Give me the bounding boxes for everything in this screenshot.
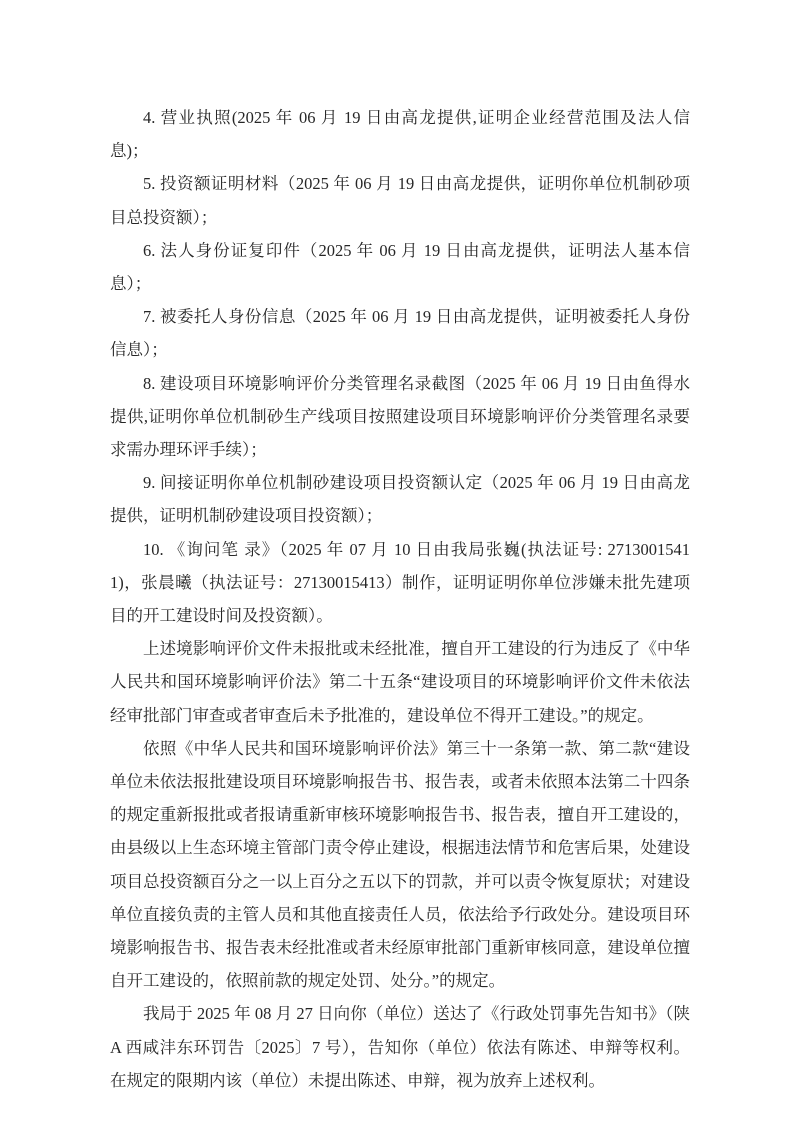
paragraph-evidence-item-5: 5. 投资额证明材料（2025 年 06 月 19 日由高龙提供，证明你单位机制… (110, 167, 690, 233)
paragraph-evidence-item-8: 8. 建设项目环境影响评价分类管理名录截图（2025 年 06 月 19 日由鱼… (110, 367, 690, 467)
paragraph-evidence-item-10: 10. 《询问笔 录》（2025 年 07 月 10 日由我局张巍(执法证号: … (110, 533, 690, 633)
paragraph-evidence-item-6: 6. 法人身份证复印件（2025 年 06 月 19 日由高龙提供，证明法人基本… (110, 234, 690, 300)
document-page: 4. 营业执照(2025 年 06 月 19 日由高龙提供,证明企业经营范围及法… (0, 0, 800, 1132)
paragraph-violation-statement: 上述境影响评价文件未报批或未经批准，擅自开工建设的行为违反了《中华人民共和国环境… (110, 632, 690, 732)
paragraph-evidence-item-9: 9. 间接证明你单位机制砂建设项目投资额认定（2025 年 06 月 19 日由… (110, 466, 690, 532)
paragraph-prior-notice: 我局于 2025 年 08 月 27 日向你（单位）送达了《行政处罚事先告知书》… (110, 997, 690, 1097)
paragraph-evidence-item-4: 4. 营业执照(2025 年 06 月 19 日由高龙提供,证明企业经营范围及法… (110, 101, 690, 167)
paragraph-evidence-item-7: 7. 被委托人身份信息（2025 年 06 月 19 日由高龙提供，证明被委托人… (110, 300, 690, 366)
paragraph-legal-basis: 依照《中华人民共和国环境影响评价法》第三十一条第一款、第二款“建设单位未依法报批… (110, 732, 690, 998)
document-text-block: 4. 营业执照(2025 年 06 月 19 日由高龙提供,证明企业经营范围及法… (110, 101, 690, 1097)
